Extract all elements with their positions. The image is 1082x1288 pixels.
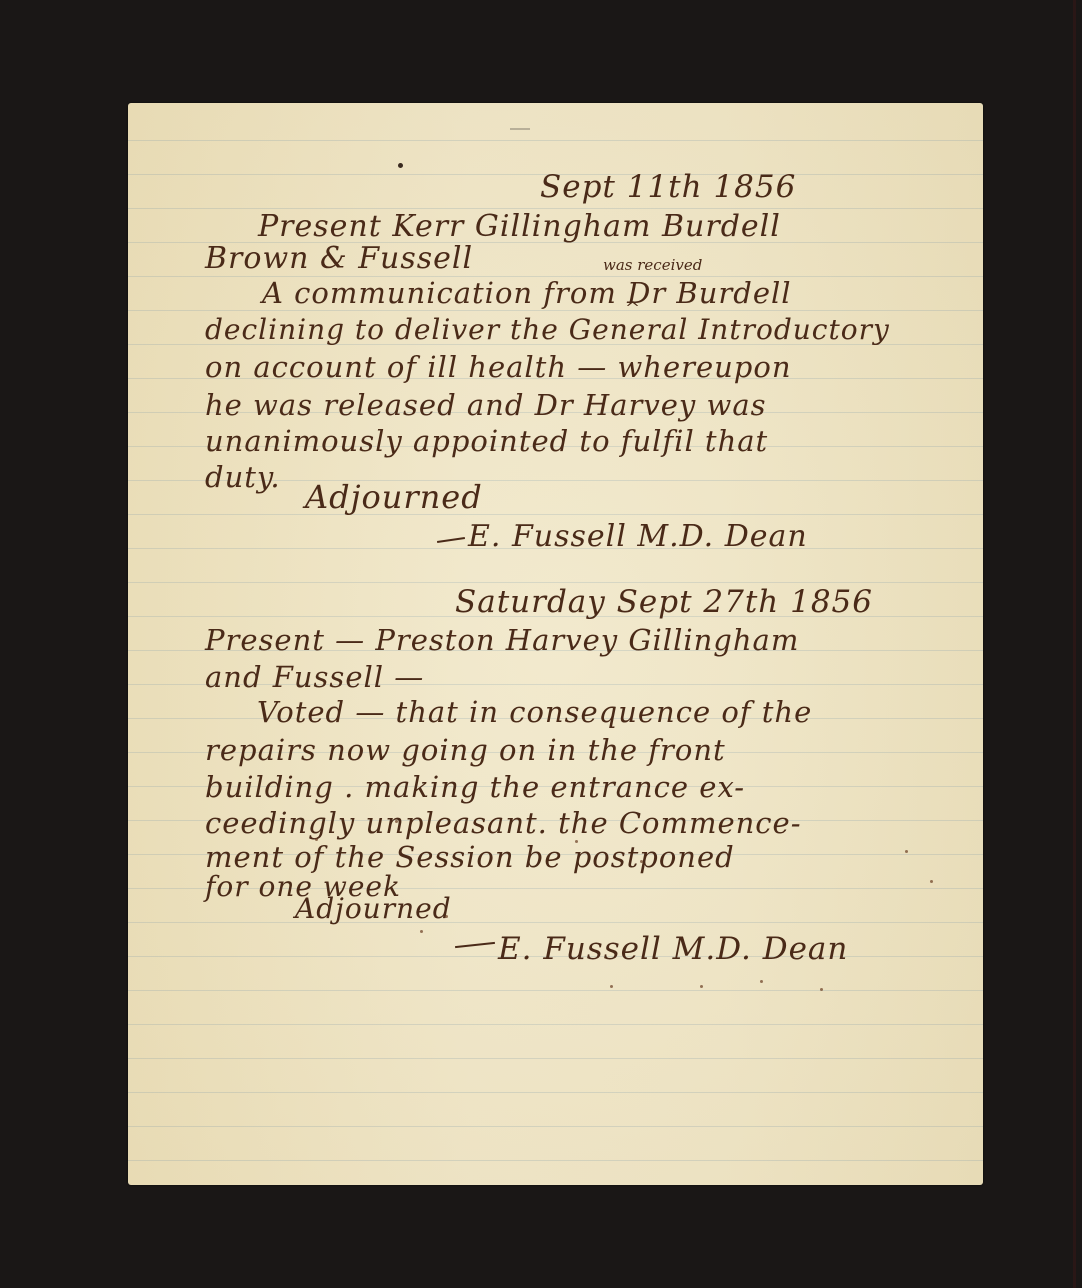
ink-dot (398, 163, 403, 168)
entry-line: and Fussell — (205, 660, 424, 694)
ink-speck (575, 840, 578, 843)
frame-edge (1073, 0, 1076, 1288)
entry-line: Brown & Fussell (205, 242, 473, 276)
paper-mark (510, 128, 530, 130)
entry-line: A communication from Dr Burdell (262, 276, 792, 310)
closing-adjourned: Adjourned (305, 480, 483, 514)
entry-line: Present Kerr Gillingham Burdell (258, 210, 781, 244)
entry-date: Saturday Sept 27th 1856 (455, 585, 873, 619)
signature: E. Fussell M.D. Dean (498, 932, 848, 966)
entry-line: duty. (205, 460, 281, 494)
ink-speck (760, 980, 763, 983)
entry-line: Voted — that in consequence of the (257, 695, 812, 729)
ink-speck (640, 860, 643, 863)
signature: E. Fussell M.D. Dean (468, 520, 808, 554)
ink-speck (420, 930, 423, 933)
entry-line: building . making the entrance ex- (205, 770, 745, 804)
entry-line: on account of ill health — whereupon (205, 350, 792, 384)
entry-line: repairs now going on in the front (205, 733, 726, 767)
entry-line: declining to deliver the General Introdu… (205, 313, 890, 347)
ink-speck (700, 985, 703, 988)
ink-speck (820, 988, 823, 991)
entry-line: ceedingly unpleasant. the Commence- (205, 806, 802, 840)
interlinear-insertion: was received (603, 256, 702, 274)
ink-speck (905, 850, 908, 853)
entry-date: Sept 11th 1856 (540, 170, 796, 204)
entry-line: ment of the Session be postponed (205, 840, 735, 874)
ink-speck (445, 915, 448, 918)
closing-adjourned: Adjourned (295, 892, 452, 926)
ink-speck (315, 838, 318, 841)
entry-line: Present — Preston Harvey Gillingham (205, 623, 799, 657)
ink-speck (930, 880, 933, 883)
ink-speck (395, 820, 398, 823)
entry-line: he was released and Dr Harvey was (205, 388, 767, 422)
ink-speck (610, 985, 613, 988)
entry-line: unanimously appointed to fulfil that (205, 424, 768, 458)
